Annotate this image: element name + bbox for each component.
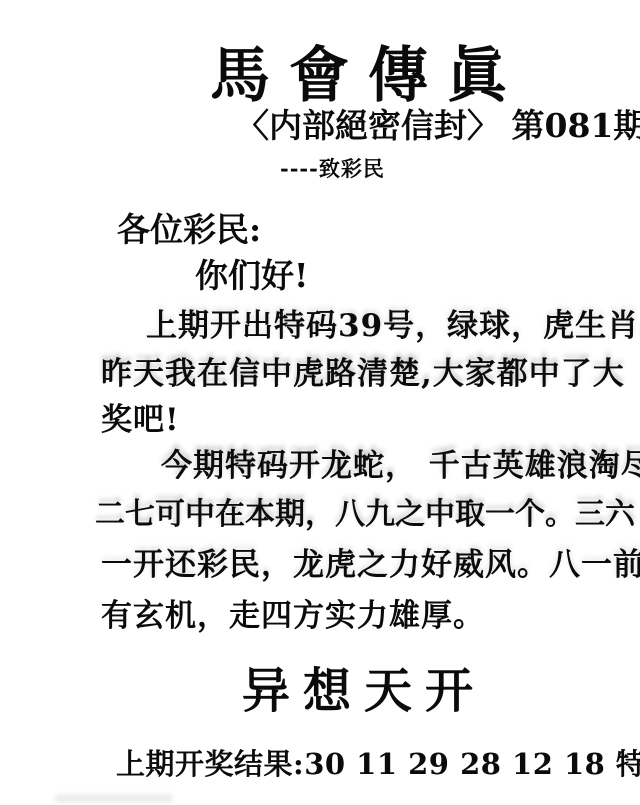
salutation: 各位彩民:: [117, 204, 261, 251]
letter-line: 有玄机，走四方实力雄厚。: [101, 590, 485, 635]
slogan-text: 异想天开: [242, 652, 486, 721]
letter-line: 二七可中在本期，八九之中取一个。三六: [95, 489, 635, 533]
issue-subtitle: 〈内部絕密信封〉 第081期: [236, 100, 640, 147]
dedication-line: ----致彩民: [280, 153, 385, 183]
paper-smudge: [55, 794, 173, 803]
letter-line: 一开还彩民，龙虎之力好威风。八一前后: [101, 539, 640, 584]
letter-line: 奖吧!: [101, 394, 180, 439]
letter-line: 昨天我在信中虎路清楚,大家都中了大: [101, 348, 625, 393]
fax-letter-sheet: 馬會傳眞 〈内部絕密信封〉 第081期 ----致彩民 各位彩民: 你们好! 上…: [0, 0, 640, 805]
greeting: 你们好!: [195, 250, 309, 297]
letter-line: 上期开出特码39号，绿球，虎生肖。: [146, 300, 640, 345]
letter-line: 今期特码开龙蛇， 千古英雄浪淘尽。: [161, 440, 640, 485]
previous-draw-results: 上期开奖结果:30 11 29 28 12 18 特39: [116, 742, 640, 783]
